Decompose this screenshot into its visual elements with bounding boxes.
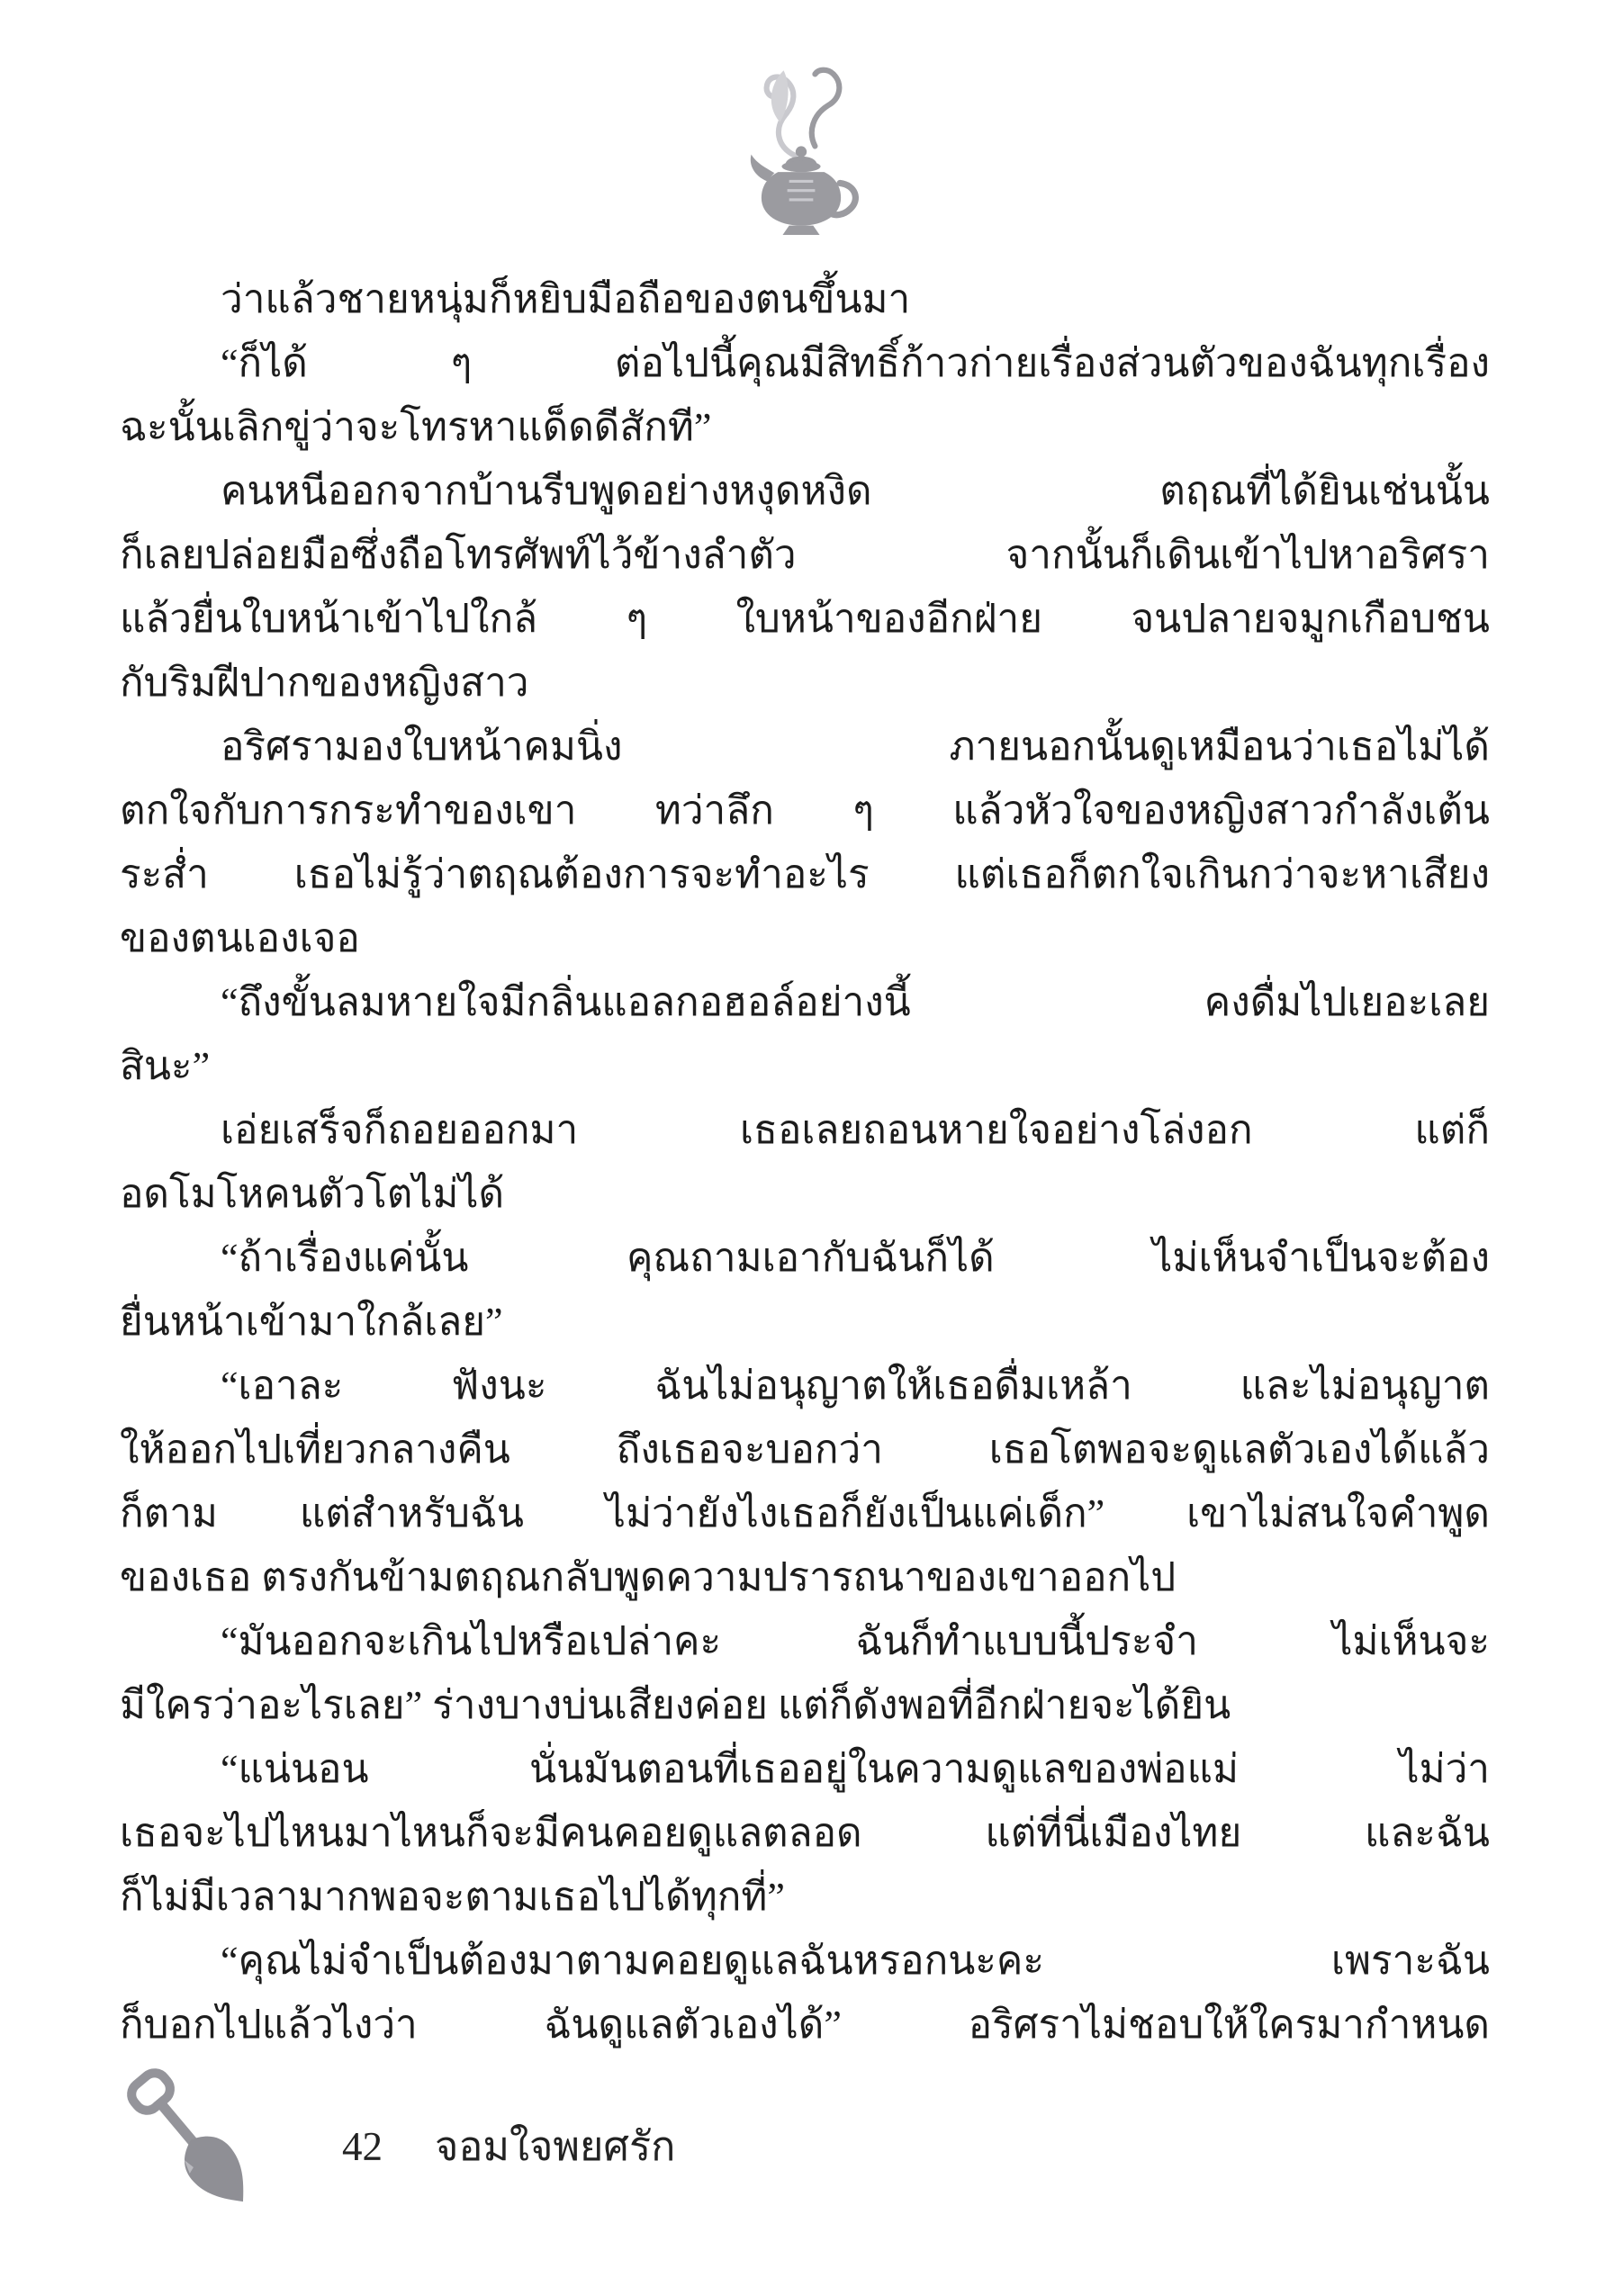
- text-line: ของตนเองเจอ: [120, 906, 1490, 970]
- text-line: แล้วยื่นใบหน้าเข้าไปใกล้ ๆ ใบหน้าของอีกฝ…: [120, 587, 1490, 651]
- text-line: ให้ออกไปเที่ยวกลางคืน ถึงเธอจะบอกว่า เธอ…: [120, 1418, 1490, 1481]
- text-line: “มันออกจะเกินไปหรือเปล่าคะ ฉันก็ทำแบบนี้…: [120, 1609, 1490, 1673]
- text-line: ก็บอกไปแล้วไงว่า ฉันดูแลตัวเองได้” อริศร…: [120, 1993, 1490, 2057]
- text-line: อดโมโหคนตัวโตไม่ได้: [120, 1162, 1490, 1226]
- text-line: เอ่ยเสร็จก็ถอยออกมา เธอเลยถอนหายใจอย่างโ…: [120, 1098, 1490, 1162]
- text-line: ว่าแล้วชายหนุ่มก็หยิบมือถือของตนขึ้นมา: [120, 267, 1490, 331]
- text-line: ก็ไม่มีเวลามากพอจะตามเธอไปได้ทุกที่”: [120, 1865, 1490, 1929]
- text-line: “ก็ได้ ๆ ต่อไปนี้คุณมีสิทธิ์ก้าวก่ายเรื่…: [120, 331, 1490, 395]
- text-line: มีใครว่าอะไรเลย” ร่างบางบ่นเสียงค่อย แต่…: [120, 1673, 1490, 1737]
- text-line: ก็เลยปล่อยมือซึ่งถือโทรศัพท์ไว้ข้างลำตัว…: [120, 523, 1490, 587]
- text-line: “แน่นอน นั่นมันตอนที่เธออยู่ในความดูแลขอ…: [120, 1737, 1490, 1801]
- text-line: สินะ”: [120, 1034, 1490, 1098]
- text-line: ของเธอ ตรงกันข้ามตฤณกลับพูดความปรารถนาขอ…: [120, 1545, 1490, 1609]
- shovel-shape: [122, 2064, 263, 2218]
- text-line: “ถ้าเรื่องแค่นั้น คุณถามเอากับฉันก็ได้ ไ…: [120, 1226, 1490, 1290]
- text-line: อริศรามองใบหน้าคมนิ่ง ภายนอกนั้นดูเหมือน…: [120, 715, 1490, 779]
- text-line: ก็ตาม แต่สำหรับฉัน ไม่ว่ายังไงเธอก็ยังเป…: [120, 1481, 1490, 1545]
- page-number: 42: [342, 2123, 383, 2170]
- page-footer: 42 จอมใจพยศรัก: [342, 2113, 675, 2178]
- body-text: ว่าแล้วชายหนุ่มก็หยิบมือถือของตนขึ้นมา“ก…: [120, 267, 1490, 2057]
- text-line: ฉะนั้นเลิกขู่ว่าจะโทรหาแด็ดดีสักที”: [120, 395, 1490, 459]
- text-line: เธอจะไปไหนมาไหนก็จะมีคนคอยดูแลตลอด แต่ที…: [120, 1801, 1490, 1865]
- text-line: “คุณไม่จำเป็นต้องมาตามคอยดูแลฉันหรอกนะคะ…: [120, 1929, 1490, 1993]
- steam-swirl-dark: [812, 70, 840, 147]
- shovel-icon: [97, 2052, 291, 2246]
- text-line: ยื่นหน้าเข้ามาใกล้เลย”: [120, 1290, 1490, 1354]
- text-line: ตกใจกับการกระทำของเขา ทว่าลึก ๆ แล้วหัวใ…: [120, 779, 1490, 842]
- text-line: ระส่ำ เธอไม่รู้ว่าตฤณต้องการจะทำอะไร แต่…: [120, 842, 1490, 906]
- text-line: “เอาละ ฟังนะ ฉันไม่อนุญาตให้เธอดื่มเหล้า…: [120, 1354, 1490, 1418]
- text-line: กับริมฝีปากของหญิงสาว: [120, 651, 1490, 715]
- book-title: จอมใจพยศรัก: [435, 2113, 675, 2178]
- text-line: “ถึงขั้นลมหายใจมีกลิ่นแอลกอฮอล์อย่างนี้ …: [120, 970, 1490, 1034]
- text-line: คนหนีออกจากบ้านรีบพูดอย่างหงุดหงิด ตฤณที…: [120, 459, 1490, 523]
- genie-lamp-icon: [720, 61, 882, 237]
